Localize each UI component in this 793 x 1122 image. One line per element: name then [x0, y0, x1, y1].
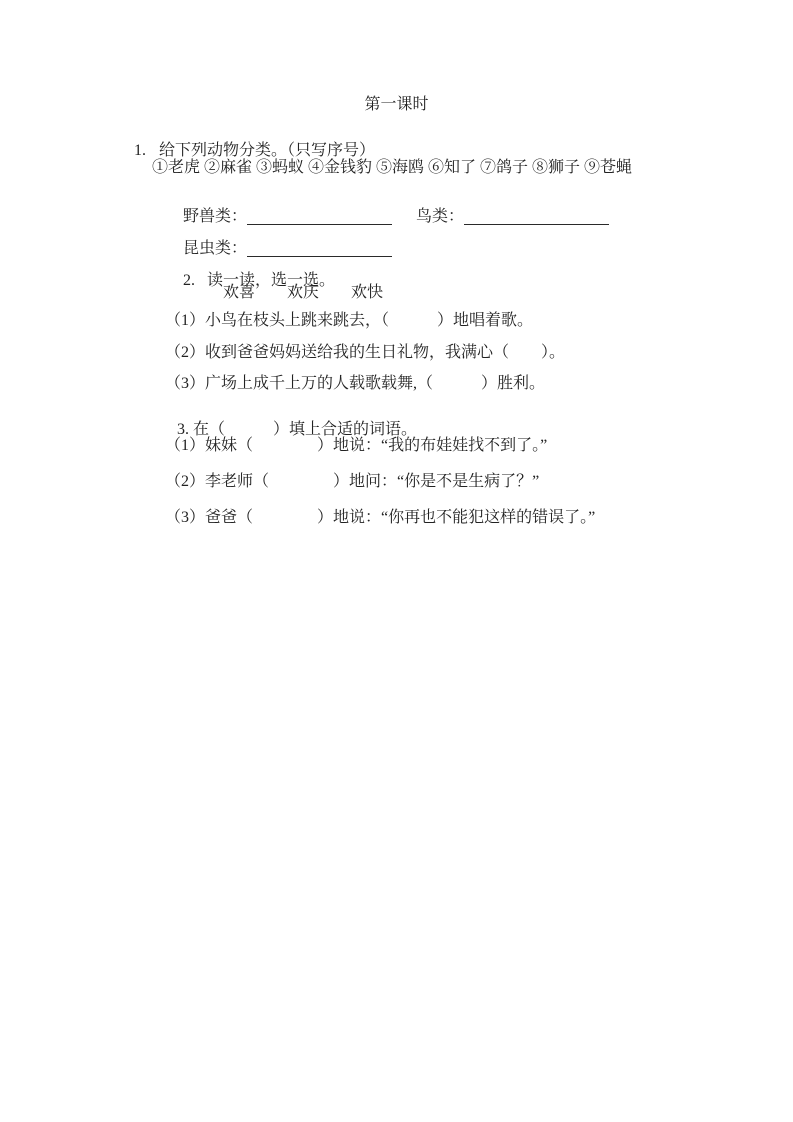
question-3-item-1: （1）妹妹（ ）地说：“我的布娃娃找不到了。” — [165, 438, 547, 455]
question-1-prompt: 给下列动物分类。（只写序号） — [159, 142, 375, 159]
question-1-word-bank: ①老虎 ②麻雀 ③蚂蚁 ④金钱豹 ⑤海鸥 ⑥知了 ⑦鸽子 ⑧狮子 ⑨苍蝇 — [152, 160, 632, 177]
question-2-item-3: （3）广场上成千上万的人载歌载舞,（ ）胜利。 — [165, 376, 545, 393]
page-title: 第一课时 — [0, 97, 793, 114]
bird-category-label: 鸟类： — [416, 208, 464, 225]
question-3-item-2: （2）李老师（ ）地问：“你是不是生病了？” — [165, 474, 539, 491]
insect-category-label: 昆虫类： — [183, 240, 247, 257]
question-2-item-1: （1）小鸟在枝头上跳来跳去，（ ）地唱着歌。 — [165, 313, 533, 330]
question-3-number: 3. — [177, 421, 189, 438]
question-3-prompt: 在（ ）填上合适的词语。 — [193, 421, 417, 438]
question-3-item-3: （3）爸爸（ ）地说：“你再也不能犯这样的错误了。” — [165, 510, 595, 527]
question-2-item-2: （2）收到爸爸妈妈送给我的生日礼物，我满心（ ）。 — [165, 345, 565, 362]
worksheet-page: 第一课时 1.给下列动物分类。（只写序号） ①老虎 ②麻雀 ③蚂蚁 ④金钱豹 ⑤… — [0, 0, 793, 1122]
question-2-word-bank: 欢喜 欢庆 欢快 — [223, 285, 383, 302]
question-2-number: 2. — [183, 272, 195, 289]
insect-answer-blank-line — [247, 240, 392, 257]
question-1-number: 1. — [134, 142, 146, 159]
bird-answer-blank-line — [464, 208, 609, 225]
